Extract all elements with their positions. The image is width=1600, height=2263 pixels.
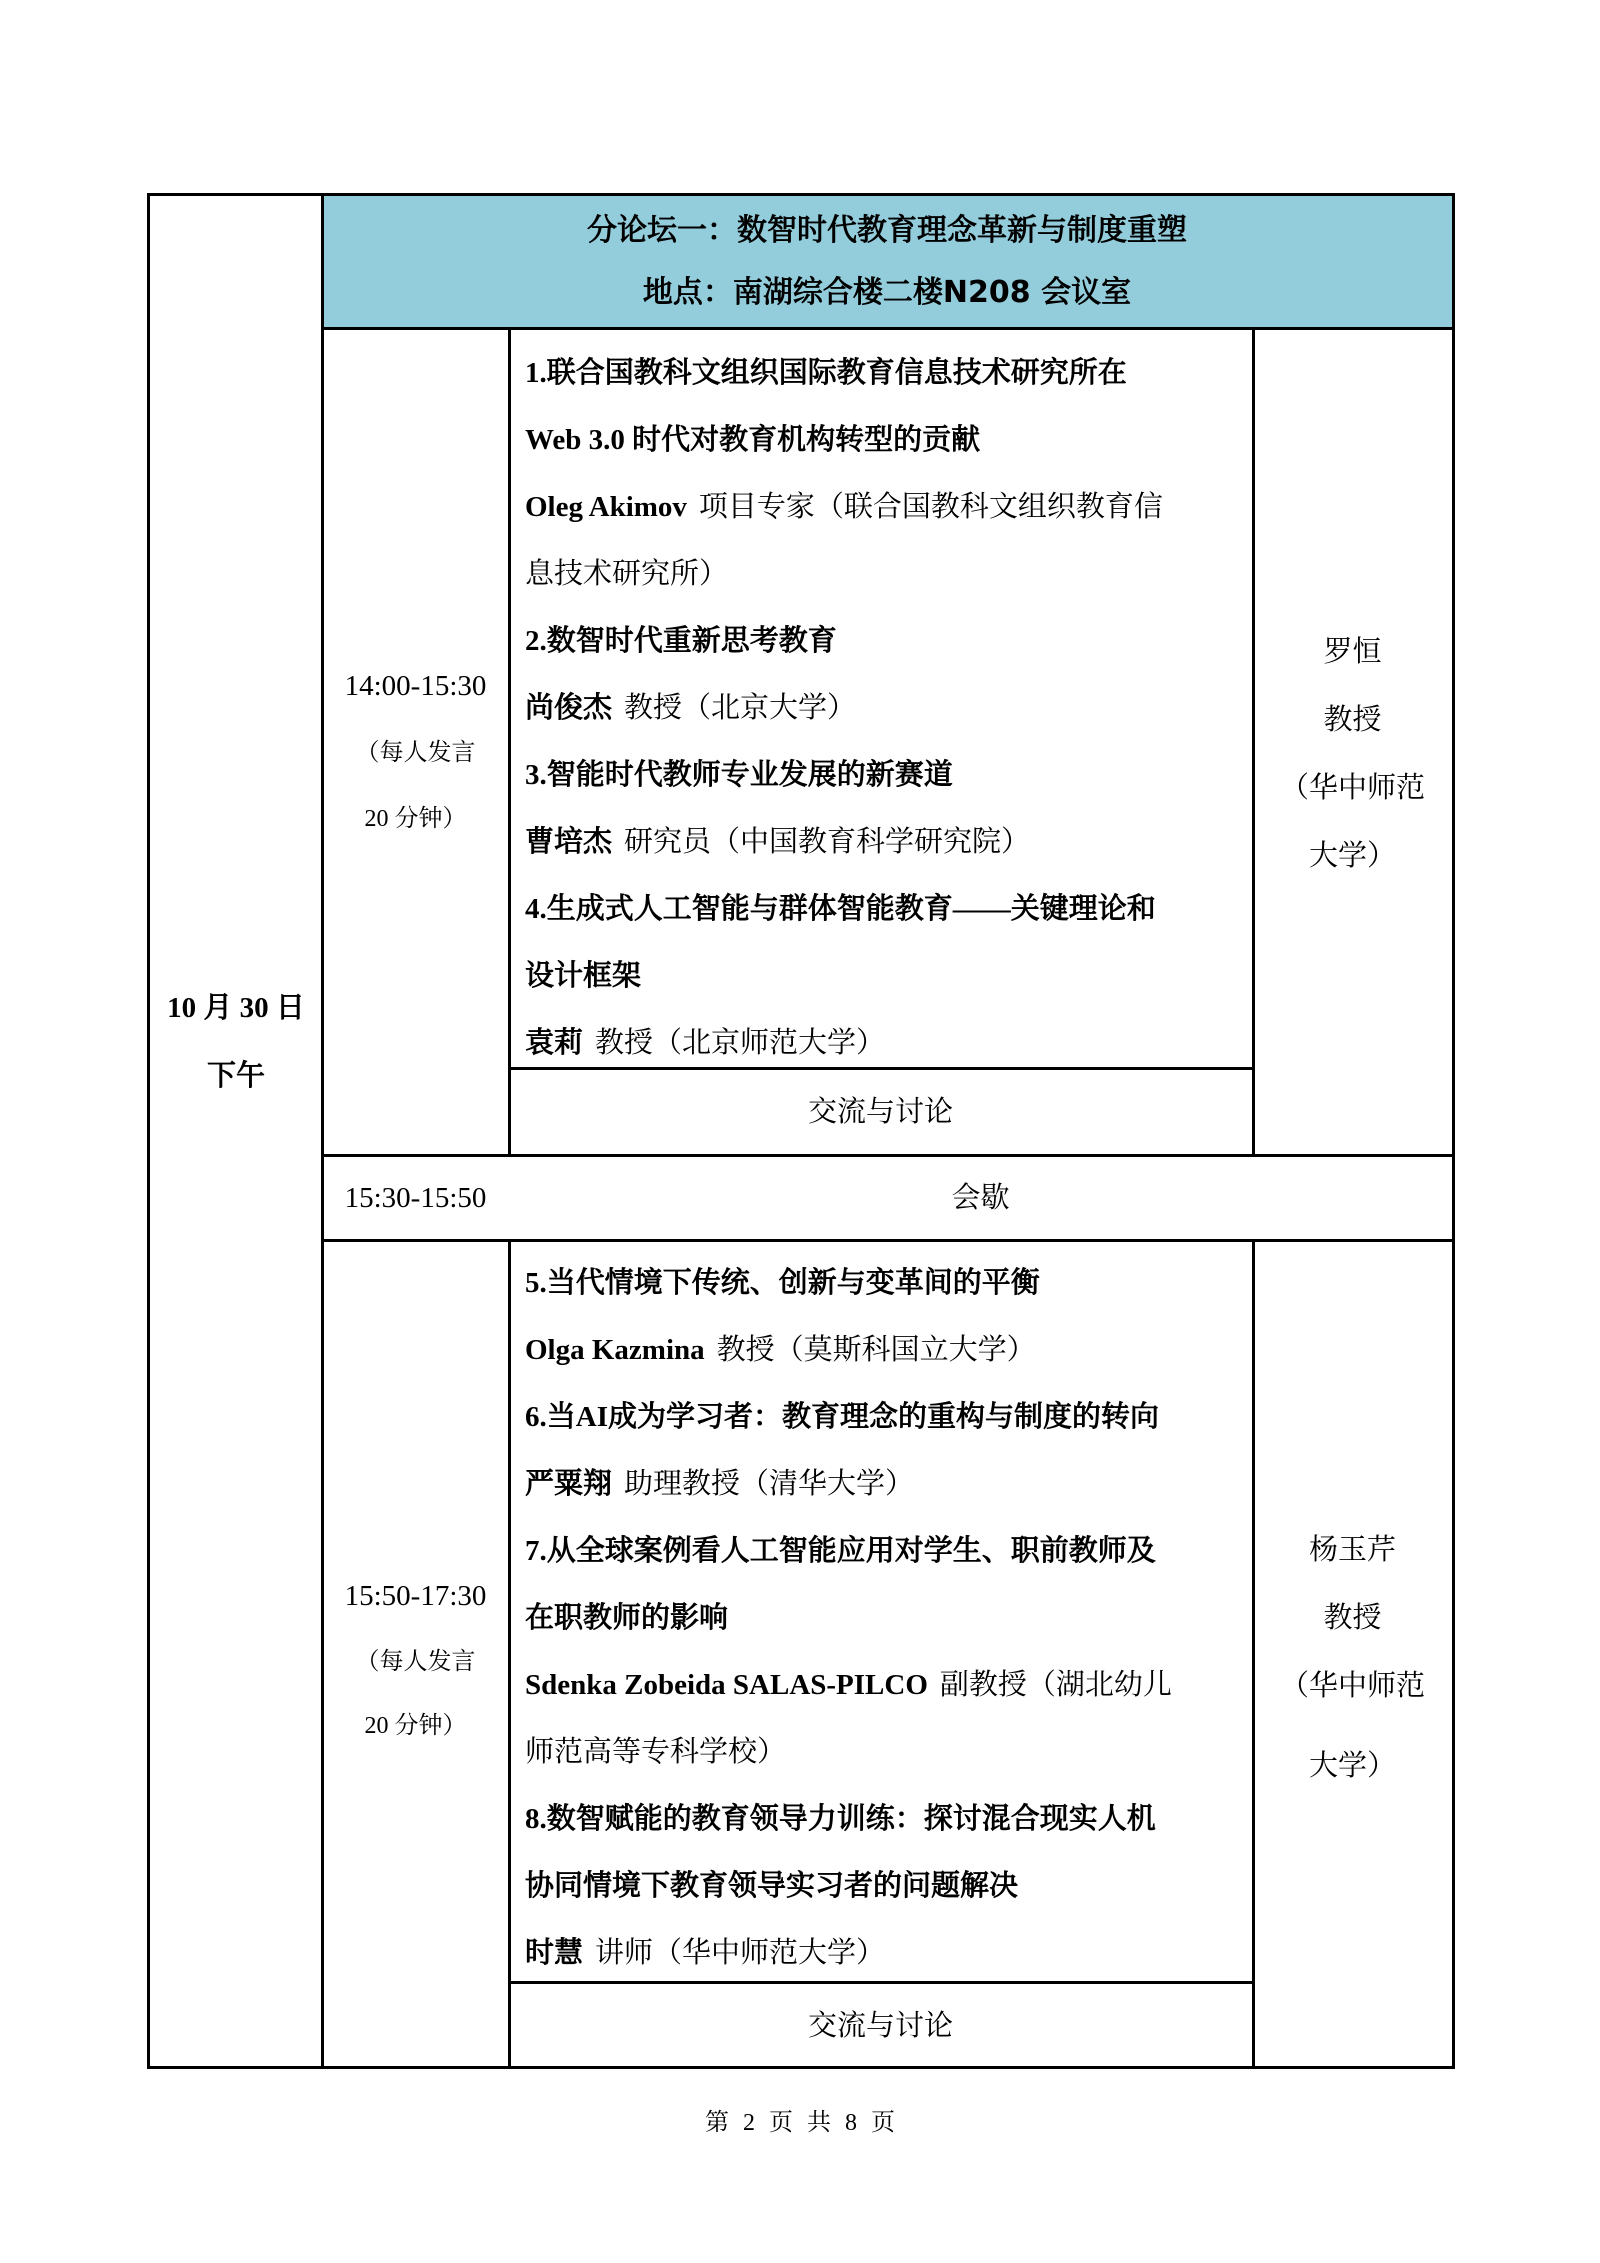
block1-note-line2: 20 分钟）: [322, 786, 509, 852]
break-time: 15:30-15:50: [322, 1157, 509, 1240]
speaker-name: 时慧: [525, 1937, 583, 1969]
divider: [147, 193, 150, 2069]
speaker-role: 助理教授（清华大学）: [624, 1468, 914, 1500]
talk-item: 6.当AI成为学习者：教育理念的重构与制度的转向 严粟翔助理教授（清华大学）: [525, 1384, 1250, 1518]
speaker-role-cont: 师范高等专科学校）: [525, 1719, 1250, 1786]
block2-note-line1: （每人发言: [322, 1630, 509, 1694]
divider: [322, 327, 1455, 330]
speaker-name: Sdenka Zobeida SALAS-PILCO: [525, 1669, 928, 1701]
speaker-name: Olga Kazmina: [525, 1334, 705, 1366]
speaker-role-cont: 息技术研究所）: [525, 541, 1250, 608]
talk-item: 4.生成式人工智能与群体智能教育——关键理论和 设计框架 袁莉教授（北京师范大学…: [525, 876, 1250, 1077]
chair-name: 杨玉芹: [1255, 1516, 1450, 1584]
talk-title: 8.数智赋能的教育领导力训练：探讨混合现实人机: [525, 1786, 1250, 1853]
chair-org-line1: （华中师范: [1255, 1652, 1450, 1720]
divider: [508, 1239, 511, 2069]
block1-talk-list: 1.联合国教科文组织国际教育信息技术研究所在 Web 3.0 时代对教育机构转型…: [525, 340, 1250, 1077]
session-date-text: 10 月 30 日: [150, 974, 322, 1042]
talk-item: 7.从全球案例看人工智能应用对学生、职前教师及 在职教师的影响 Sdenka Z…: [525, 1518, 1250, 1786]
block1-time: 14:00-15:30: [322, 652, 509, 720]
talk-title: 2.数智时代重新思考教育: [525, 608, 1250, 675]
speaker-role: 副教授（湖北幼儿: [940, 1669, 1172, 1701]
talk-title: 7.从全球案例看人工智能应用对学生、职前教师及: [525, 1518, 1250, 1585]
block1-chair: 罗恒 教授 （华中师范 大学）: [1255, 618, 1450, 890]
block2-talk-list: 5.当代情境下传统、创新与变革间的平衡 Olga Kazmina教授（莫斯科国立…: [525, 1250, 1250, 1987]
talk-title: 设计框架: [525, 943, 1250, 1010]
speaker-name: 袁莉: [525, 1027, 583, 1059]
block1-time-cell: 14:00-15:30 （每人发言 20 分钟）: [322, 652, 509, 852]
block2-note-line2: 20 分钟）: [322, 1694, 509, 1758]
session-date: 10 月 30 日 下午: [150, 974, 322, 1110]
talk-title: 4.生成式人工智能与群体智能教育——关键理论和: [525, 876, 1250, 943]
talk-item: 2.数智时代重新思考教育 尚俊杰教授（北京大学）: [525, 608, 1250, 742]
talk-item: 8.数智赋能的教育领导力训练：探讨混合现实人机 协同情境下教育领导实习者的问题解…: [525, 1786, 1250, 1987]
talk-title: 3.智能时代教师专业发展的新赛道: [525, 742, 1250, 809]
divider: [1252, 327, 1255, 1157]
talk-title: 协同情境下教育领导实习者的问题解决: [525, 1853, 1250, 1920]
divider: [322, 1239, 1455, 1242]
divider: [1252, 1239, 1255, 2069]
talk-title: 5.当代情境下传统、创新与变革间的平衡: [525, 1250, 1250, 1317]
page-footer: 第 2 页 共 8 页: [0, 2102, 1600, 2137]
speaker-role: 教授（北京大学）: [624, 692, 856, 724]
block2-discussion: 交流与讨论: [509, 1984, 1252, 2068]
divider: [322, 1154, 1455, 1157]
talk-title: 在职教师的影响: [525, 1585, 1250, 1652]
chair-title: 教授: [1255, 1584, 1450, 1652]
chair-name: 罗恒: [1255, 618, 1450, 686]
talk-item: 1.联合国教科文组织国际教育信息技术研究所在 Web 3.0 时代对教育机构转型…: [525, 340, 1250, 608]
forum-location: 地点：南湖综合楼二楼N208 会议室: [322, 268, 1452, 318]
speaker-name: Oleg Akimov: [525, 491, 687, 523]
speaker-name: 尚俊杰: [525, 692, 612, 724]
chair-org-line2: 大学）: [1255, 822, 1450, 890]
chair-title: 教授: [1255, 686, 1450, 754]
block2-time-cell: 15:50-17:30 （每人发言 20 分钟）: [322, 1562, 509, 1758]
block1-discussion: 交流与讨论: [509, 1070, 1252, 1155]
talk-title: 1.联合国教科文组织国际教育信息技术研究所在: [525, 340, 1250, 407]
speaker-name: 严粟翔: [525, 1468, 612, 1500]
divider: [509, 1981, 1255, 1984]
divider: [508, 327, 511, 1157]
speaker-role: 项目专家（联合国教科文组织教育信: [699, 491, 1163, 523]
speaker-role: 研究员（中国教育科学研究院）: [624, 826, 1030, 858]
block1-note-line1: （每人发言: [322, 720, 509, 786]
divider: [1452, 193, 1455, 2069]
talk-title: Web 3.0 时代对教育机构转型的贡献: [525, 407, 1250, 474]
speaker-name: 曹培杰: [525, 826, 612, 858]
speaker-role: 讲师（华中师范大学）: [595, 1937, 885, 1969]
divider: [147, 193, 1455, 196]
speaker-role: 教授（北京师范大学）: [595, 1027, 885, 1059]
block2-time: 15:50-17:30: [322, 1562, 509, 1630]
speaker-role: 教授（莫斯科国立大学）: [717, 1334, 1036, 1366]
break-label: 会歇: [509, 1157, 1452, 1240]
block2-chair: 杨玉芹 教授 （华中师范 大学）: [1255, 1516, 1450, 1800]
divider: [147, 2066, 1455, 2069]
divider: [321, 193, 324, 2069]
divider: [509, 1067, 1255, 1070]
session-period: 下午: [150, 1042, 322, 1110]
talk-item: 3.智能时代教师专业发展的新赛道 曹培杰研究员（中国教育科学研究院）: [525, 742, 1250, 876]
talk-item: 5.当代情境下传统、创新与变革间的平衡 Olga Kazmina教授（莫斯科国立…: [525, 1250, 1250, 1384]
forum-title: 分论坛一：数智时代教育理念革新与制度重塑: [322, 206, 1452, 256]
chair-org-line2: 大学）: [1255, 1720, 1450, 1800]
chair-org-line1: （华中师范: [1255, 754, 1450, 822]
talk-title: 6.当AI成为学习者：教育理念的重构与制度的转向: [525, 1384, 1250, 1451]
